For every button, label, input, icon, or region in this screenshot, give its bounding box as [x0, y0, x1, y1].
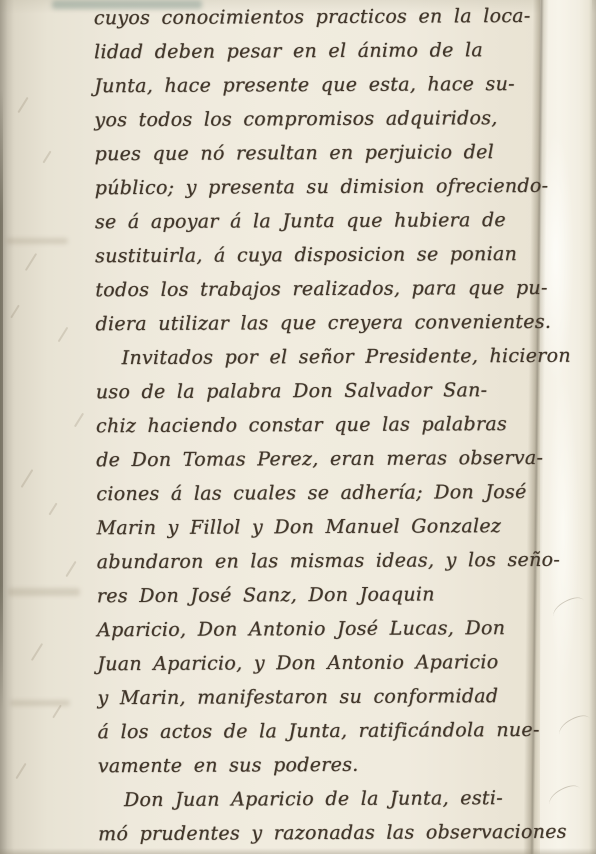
showthrough-smudge	[8, 588, 80, 596]
manuscript-line: uso de la palabra Don Salvador San-	[96, 373, 558, 409]
manuscript-line: Marin y Fillol y Don Manuel Gonzalez	[96, 509, 558, 545]
manuscript-line-text: Juan Aparicio, y Don Antonio Aparicio	[97, 651, 498, 675]
showthrough-mark	[15, 763, 26, 779]
showthrough-mark	[58, 327, 69, 342]
manuscript-line-text: Don Juan Aparicio de la Junta, esti-	[124, 787, 503, 811]
manuscript-line: Invitados por el señor Presidente, hicie…	[96, 339, 558, 375]
manuscript-line-text: se á apoyar á la Junta que hubiera de	[95, 209, 506, 233]
manuscript-line-text: pues que nó resultan en perjuicio del	[95, 141, 495, 165]
manuscript-line: ciones á las cuales se adhería; Don José	[96, 475, 558, 511]
showthrough-mark	[65, 561, 76, 577]
manuscript-line-text: chiz haciendo constar que las palabras	[96, 413, 507, 437]
manuscript-line: se á apoyar á la Junta que hubiera de	[95, 203, 557, 239]
manuscript-line: chiz haciendo constar que las palabras	[96, 407, 558, 443]
showthrough-mark	[52, 705, 62, 719]
manuscript-line-text: vamente en sus poderes.	[98, 754, 359, 777]
manuscript-line: Aparicio, Don Antonio José Lucas, Don	[97, 611, 559, 647]
manuscript-line-text: Aparicio, Don Antonio José Lucas, Don	[97, 617, 505, 641]
showthrough-mark	[25, 253, 37, 271]
showthrough-smudge	[6, 238, 68, 244]
manuscript-line-text: á los actos de la Junta, ratificándola n…	[98, 719, 540, 743]
manuscript-line-text: res Don José Sanz, Don Joaquin	[97, 583, 435, 607]
manuscript-line: yos todos los compromisos adquiridos,	[94, 101, 556, 137]
manuscript-line-text: abundaron en las mismas ideas, y los señ…	[97, 549, 560, 573]
manuscript-line: público; y presenta su dimision ofrecien…	[95, 169, 557, 205]
page-outer-edge-shadow	[589, 0, 596, 854]
manuscript-line-text: ciones á las cuales se adhería; Don José	[96, 481, 526, 505]
manuscript-line: y Marin, manifestaron su conformidad	[97, 679, 559, 715]
showthrough-mark	[42, 151, 51, 164]
showthrough-mark	[48, 503, 57, 516]
manuscript-line: Don Juan Aparicio de la Junta, esti-	[98, 781, 560, 817]
manuscript-line: cuyos conocimientos practicos en la loca…	[94, 0, 556, 35]
showthrough-mark	[21, 469, 34, 488]
manuscript-line-text: Junta, hace presente que esta, hace su-	[94, 73, 515, 97]
manuscript-line: sustituirla, á cuya disposicion se ponia…	[95, 237, 557, 273]
showthrough-mark	[74, 413, 84, 428]
manuscript-line-text: sustituirla, á cuya disposicion se ponia…	[95, 243, 517, 267]
manuscript-line-text: de Don Tomas Perez, eran meras observa-	[96, 447, 543, 471]
manuscript-line-text: uso de la palabra Don Salvador San-	[96, 379, 488, 403]
manuscript-line: lidad deben pesar en el ánimo de la	[94, 33, 556, 69]
manuscript-line: res Don José Sanz, Don Joaquin	[97, 577, 559, 613]
showthrough-smudge	[10, 700, 70, 706]
manuscript-line: de Don Tomas Perez, eran meras observa-	[96, 441, 558, 477]
gutter-edge-line	[0, 90, 3, 710]
manuscript-line: á los actos de la Junta, ratificándola n…	[98, 713, 560, 749]
manuscript-line: Junta, hace presente que esta, hace su-	[94, 67, 556, 103]
showthrough-mark	[31, 643, 43, 661]
manuscript-line-text: y Marin, manifestaron su conformidad	[97, 685, 498, 709]
manuscript-text: cuyos conocimientos practicos en la loca…	[94, 0, 560, 851]
showthrough-mark	[17, 97, 28, 113]
manuscript-page: cuyos conocimientos practicos en la loca…	[0, 0, 596, 854]
manuscript-line-text: Marin y Fillol y Don Manuel Gonzalez	[96, 515, 501, 539]
manuscript-line: Juan Aparicio, y Don Antonio Aparicio	[97, 645, 559, 681]
manuscript-line-text: Invitados por el señor Presidente, hicie…	[122, 345, 571, 369]
manuscript-line-text: cuyos conocimientos practicos en la loca…	[94, 5, 531, 29]
manuscript-line-text: diera utilizar las que creyera convenien…	[95, 311, 551, 335]
manuscript-line: diera utilizar las que creyera convenien…	[95, 305, 557, 341]
manuscript-line-text: público; y presenta su dimision ofrecien…	[95, 175, 549, 199]
manuscript-line: pues que nó resultan en perjuicio del	[94, 135, 556, 171]
manuscript-line-text: todos los trabajos realizados, para que …	[95, 277, 547, 301]
manuscript-line: abundaron en las mismas ideas, y los señ…	[97, 543, 559, 579]
manuscript-line-text: yos todos los compromisos adquiridos,	[94, 107, 497, 131]
manuscript-line: mó prudentes y razonadas las observacion…	[98, 815, 560, 851]
manuscript-line-text: mó prudentes y razonadas las observacion…	[98, 821, 567, 845]
manuscript-line: vamente en sus poderes.	[98, 747, 560, 783]
manuscript-line-text: lidad deben pesar en el ánimo de la	[94, 39, 483, 63]
manuscript-line: todos los trabajos realizados, para que …	[95, 271, 557, 307]
